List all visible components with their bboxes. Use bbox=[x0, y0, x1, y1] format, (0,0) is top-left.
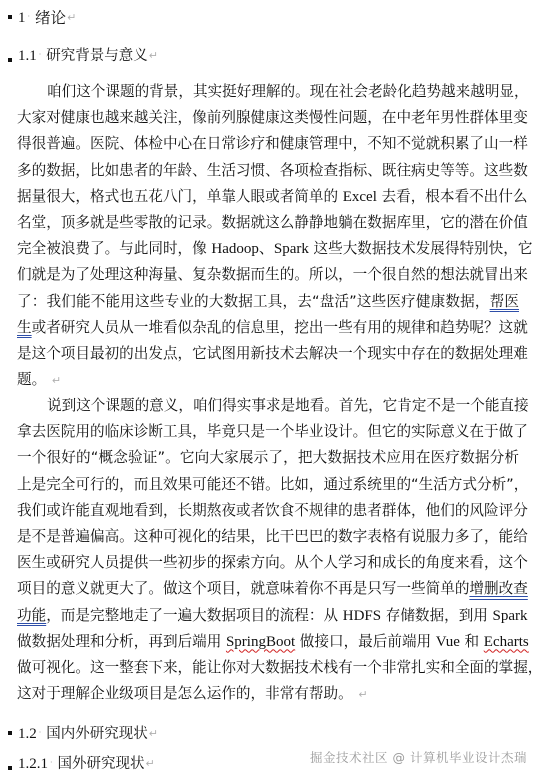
heading-title: 研究背景与意义 bbox=[46, 45, 148, 67]
heading-number: 1.2.1 bbox=[18, 753, 48, 775]
tab-mark: · bbox=[39, 722, 42, 744]
heading-1-1: 1.1 · 研究背景与意义 ↵ bbox=[8, 45, 158, 67]
heading-bullet-icon bbox=[8, 15, 12, 19]
watermark: 掘金技术社区 @ 计算机毕业设计杰瑞 bbox=[310, 748, 527, 766]
paragraph-mark-icon: ↵ bbox=[358, 688, 367, 701]
heading-number: 1.2 bbox=[18, 723, 37, 745]
text-line: 这对于理解企业级项目是怎么运作的，非常有帮助。 ↵ bbox=[17, 681, 519, 707]
heading-1: 1 · 绪论 ↵ bbox=[8, 7, 76, 29]
text-line: 医生或研究人员提供一些初步的探索方向。从个人学习和成长的角度来看，这个 bbox=[17, 550, 519, 576]
text-line: 据量很大，格式也五花八门，单靠人眼或者简单的 Excel 去看，根本看不出什么 bbox=[17, 184, 519, 210]
text-line: 我们或许能直观地看到，长期熬夜或者饮食不规律的患者群体，他们的风险评分 bbox=[17, 498, 519, 524]
paragraph-significance: 说到这个课题的意义，咱们得实事求是地看。首先，它肯定不是一个能直接 拿去医院用的… bbox=[17, 393, 519, 707]
heading-1-2-1: 1.2.1 · 国外研究现状 ↵ bbox=[8, 753, 155, 775]
tab-mark: · bbox=[28, 6, 31, 28]
text-line: 名堂，顶多就是些零散的记录。数据就这么静静地躺在数据库里，它的潜在价值 bbox=[17, 210, 519, 236]
text-line: 了：我们能不能用这些专业的大数据工具，去“盘活”这些医疗健康数据，帮医 bbox=[17, 289, 519, 315]
paragraph-background: 咱们这个课题的背景，其实挺好理解的。现在社会老龄化趋势越来越明显， 大家对健康也… bbox=[17, 79, 519, 393]
text-line: 大家对健康也越来越关注，像前列腺健康这类慢性问题，在中老年男性群体里变 bbox=[17, 105, 519, 131]
heading-title: 绪论 bbox=[35, 7, 66, 29]
text-line: 完全被浪费了。与此同时，像 Hadoop、Spark 这些大数据技术发展得特别快… bbox=[17, 236, 519, 262]
text-line: 拿去医院用的临床诊断工具，毕竟只是一个毕业设计。但它的实际意义在于做了 bbox=[17, 419, 519, 445]
paragraph-mark-icon: ↵ bbox=[52, 374, 61, 387]
text-line: 生或者研究人员从一堆看似杂乱的信息里，挖出一些有用的规律和趋势呢？这就 bbox=[17, 315, 519, 341]
heading-bullet-icon bbox=[8, 766, 12, 770]
spelling-flag[interactable]: Echarts bbox=[484, 634, 529, 650]
tab-mark: · bbox=[50, 752, 53, 774]
text-line: 是不是普遍偏高。这种可视化的结果，比干巴巴的数字表格有说服力多了，能给 bbox=[17, 524, 519, 550]
paragraph-mark-icon: ↵ bbox=[67, 7, 76, 29]
grammar-flag[interactable]: 帮医 bbox=[490, 293, 519, 310]
heading-number: 1.1 bbox=[18, 45, 37, 67]
text-line: 做数据处理和分析，再到后端用 SpringBoot 做接口，最后前端用 Vue … bbox=[17, 629, 519, 655]
document-page: 1 · 绪论 ↵ 1.1 · 研究背景与意义 ↵ 咱们这个课题的背景，其实挺好理… bbox=[0, 0, 535, 782]
text-line: 得很普遍。医院、体检中心在日常诊疗和健康管理中，不知不觉就积累了山一样 bbox=[17, 131, 519, 157]
tab-mark: · bbox=[39, 44, 42, 66]
paragraph-mark-icon: ↵ bbox=[149, 723, 158, 745]
text-line: 说到这个课题的意义，咱们得实事求是地看。首先，它肯定不是一个能直接 bbox=[17, 393, 519, 419]
text-line: 上是完全可行的，而且效果可能还不错。比如，通过系统里的“生活方式分析”， bbox=[17, 472, 519, 498]
grammar-flag[interactable]: 功能 bbox=[17, 607, 46, 624]
text-line: 做可视化。这一整套下来，能让你对大数据技术栈有一个非常扎实和全面的掌握， bbox=[17, 655, 519, 681]
text-line: 们就是为了处理这种海量、复杂数据而生的。所以，一个很自然的想法就冒出来 bbox=[17, 262, 519, 288]
heading-title: 国内外研究现状 bbox=[46, 723, 148, 745]
heading-1-2: 1.2 · 国内外研究现状 ↵ bbox=[8, 723, 158, 745]
grammar-flag[interactable]: 增删改查 bbox=[469, 580, 527, 597]
text-line: 功能，而是完整地走了一遍大数据项目的流程：从 HDFS 存储数据，到用 Spar… bbox=[17, 603, 519, 629]
text-line: 咱们这个课题的背景，其实挺好理解的。现在社会老龄化趋势越来越明显， bbox=[17, 79, 519, 105]
text-line: 一个很好的“概念验证”。它向大家展示了，把大数据技术应用在医疗数据分析 bbox=[17, 445, 519, 471]
paragraph-mark-icon: ↵ bbox=[149, 45, 158, 67]
heading-number: 1 bbox=[18, 7, 26, 29]
heading-bullet-icon bbox=[8, 58, 12, 62]
text-line: 多的数据，比如患者的年龄、生活习惯、各项检查指标、既往病史等等。这些数 bbox=[17, 158, 519, 184]
heading-title: 国外研究现状 bbox=[58, 753, 145, 775]
grammar-flag[interactable]: 生 bbox=[17, 319, 32, 336]
spelling-flag[interactable]: SpringBoot bbox=[226, 634, 295, 650]
text-line: 是这个项目最初的出发点，它试图用新技术去解决一个现实中存在的数据处理难 bbox=[17, 341, 519, 367]
text-line: 题。 ↵ bbox=[17, 367, 519, 393]
text-line: 项目的意义就更大了。做这个项目，就意味着你不再是只写一些简单的增删改查 bbox=[17, 576, 519, 602]
heading-bullet-icon bbox=[8, 731, 12, 735]
paragraph-mark-icon: ↵ bbox=[146, 753, 155, 775]
